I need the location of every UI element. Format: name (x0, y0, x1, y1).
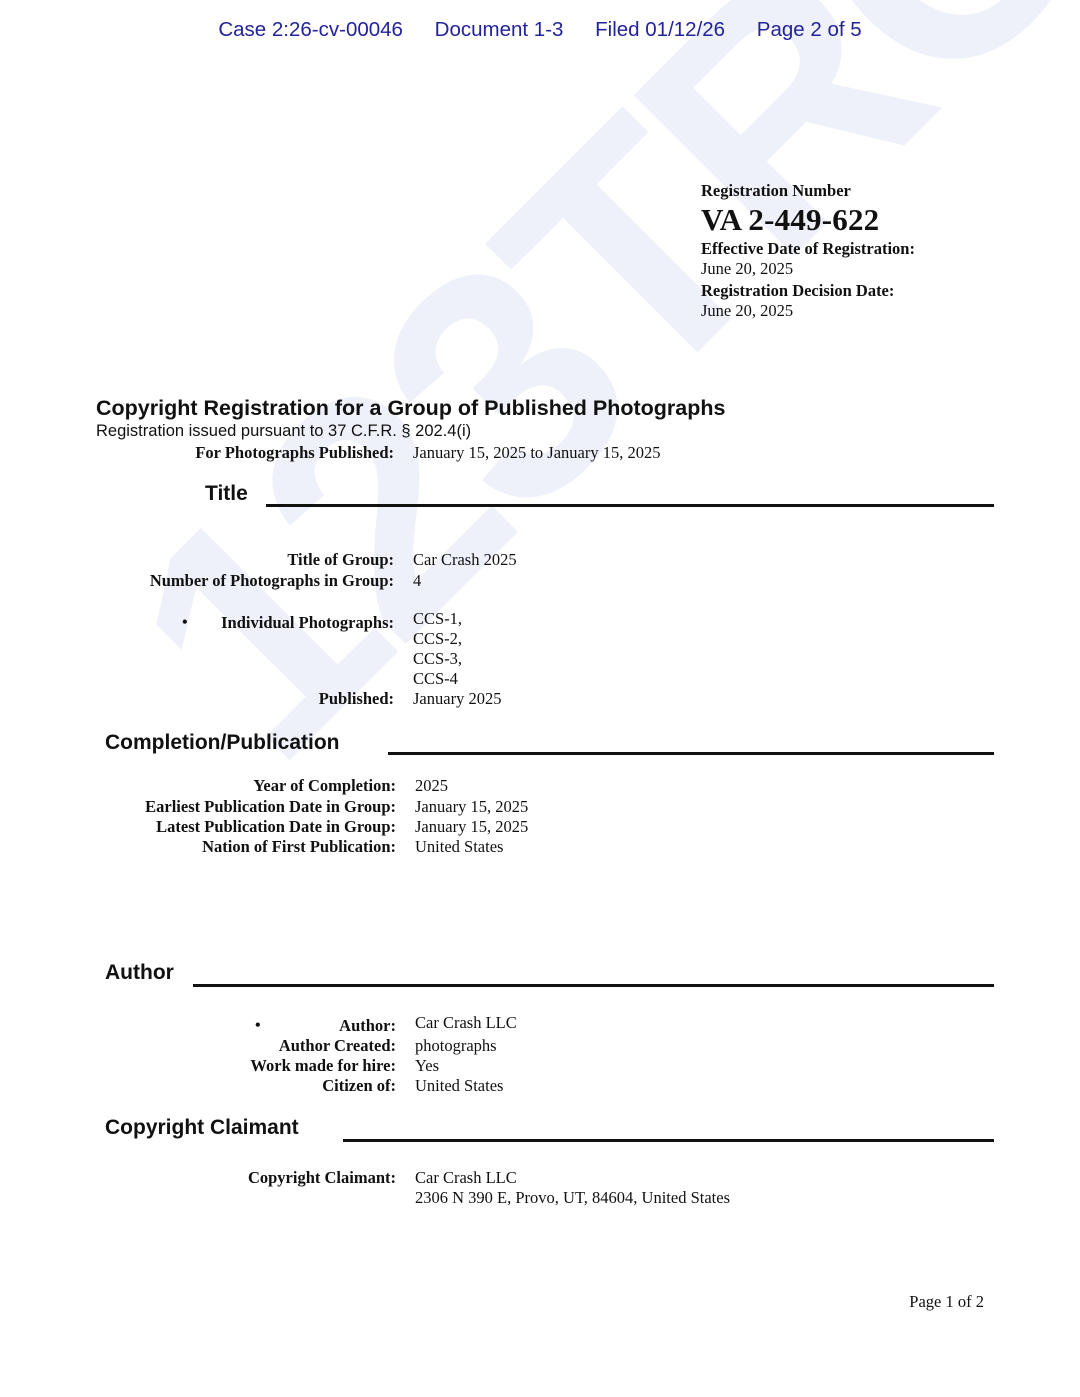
title-of-group-value: Car Crash 2025 (413, 550, 517, 570)
decision-date: June 20, 2025 (701, 301, 915, 321)
author-label: Author: (339, 1016, 396, 1036)
title-of-group-label: Title of Group: (287, 550, 394, 570)
section-rule-completion (388, 752, 994, 755)
bullet-icon: • (182, 613, 188, 633)
completion-value: 2025 (415, 776, 448, 796)
completion-label: Year of Completion: (253, 776, 396, 796)
author-value: Car Crash LLC (415, 1013, 517, 1033)
claimant-address: 2306 N 390 E, Provo, UT, 84604, United S… (415, 1188, 730, 1208)
individual-photographs-label: Individual Photographs: (221, 613, 394, 633)
registration-block: Registration Number VA 2-449-622 Effecti… (701, 181, 915, 321)
filing-page-number: Page 2 of 5 (757, 18, 862, 41)
effective-date-label: Effective Date of Registration: (701, 239, 915, 259)
photographs-published-value: January 15, 2025 to January 15, 2025 (413, 443, 660, 463)
page-footer: Page 1 of 2 (909, 1292, 984, 1312)
author-value: Yes (415, 1056, 439, 1076)
completion-label: Earliest Publication Date in Group: (145, 797, 396, 817)
effective-date: June 20, 2025 (701, 259, 915, 279)
completion-value: January 15, 2025 (415, 817, 528, 837)
photo-id: CCS-4 (413, 669, 462, 689)
section-rule-author (193, 984, 994, 987)
individual-photographs-list: CCS-1, CCS-2, CCS-3, CCS-4 (413, 609, 462, 689)
section-heading-claimant: Copyright Claimant (105, 1116, 299, 1140)
filed-date: Filed 01/12/26 (595, 18, 725, 41)
section-rule-title (266, 504, 994, 507)
section-heading-completion: Completion/Publication (105, 731, 340, 755)
published-value: January 2025 (413, 689, 501, 709)
registration-number-label: Registration Number (701, 181, 915, 201)
bullet-icon: • (255, 1016, 261, 1036)
court-filing-header: Case 2:26-cv-00046 Document 1-3 Filed 01… (0, 18, 1080, 42)
case-number: Case 2:26-cv-00046 (218, 18, 403, 41)
photo-id: CCS-2, (413, 629, 462, 649)
published-label: Published: (319, 689, 394, 709)
completion-label: Nation of First Publication: (202, 837, 396, 857)
decision-date-label: Registration Decision Date: (701, 281, 915, 301)
number-of-photographs-label: Number of Photographs in Group: (150, 571, 394, 591)
photo-id: CCS-3, (413, 649, 462, 669)
section-heading-title: Title (205, 482, 248, 506)
section-heading-author: Author (105, 961, 174, 985)
document-subtitle: Registration issued pursuant to 37 C.F.R… (96, 422, 471, 441)
registration-number: VA 2-449-622 (701, 201, 915, 239)
completion-value: United States (415, 837, 503, 857)
completion-value: January 15, 2025 (415, 797, 528, 817)
photo-id: CCS-1, (413, 609, 462, 629)
author-label: Work made for hire: (250, 1056, 396, 1076)
claimant-label: Copyright Claimant: (248, 1168, 396, 1188)
photographs-published-label: For Photographs Published: (195, 443, 394, 463)
author-value: United States (415, 1076, 503, 1096)
author-label: Citizen of: (322, 1076, 396, 1096)
document-number: Document 1-3 (435, 18, 564, 41)
document-title: Copyright Registration for a Group of Pu… (96, 396, 725, 421)
completion-label: Latest Publication Date in Group: (156, 817, 396, 837)
section-rule-claimant (343, 1139, 994, 1142)
author-label: Author Created: (279, 1036, 396, 1056)
author-value: photographs (415, 1036, 497, 1056)
number-of-photographs-value: 4 (413, 571, 421, 591)
claimant-name: Car Crash LLC (415, 1168, 517, 1188)
